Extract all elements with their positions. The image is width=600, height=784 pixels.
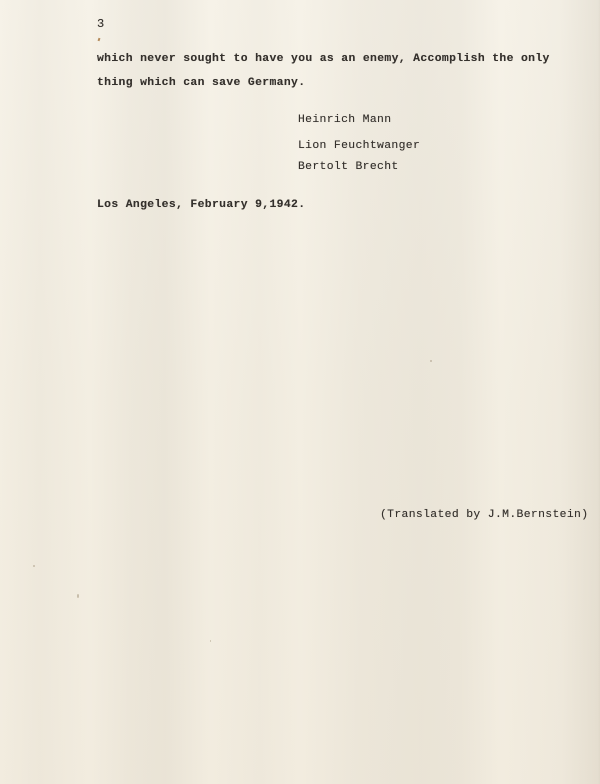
paper-speck [77,594,79,598]
paper-speck [210,640,211,642]
translation-credit: (Translated by J.M.Bernstein) [380,509,588,521]
page-number: 3 [97,17,105,31]
body-text-line: which never sought to have you as an ene… [97,53,550,65]
body-text-line: thing which can save Germany. [97,77,305,89]
place-and-date: Los Angeles, February 9,1942. [97,199,305,211]
signatory-name: Heinrich Mann [298,114,391,126]
stray-pencil-mark [98,38,101,42]
paper-speck [430,360,432,362]
signatory-name: Bertolt Brecht [298,161,399,173]
signatory-name: Lion Feuchtwanger [298,140,420,152]
scanned-document-page: 3 which never sought to have you as an e… [0,0,600,784]
paper-speck [33,565,35,567]
